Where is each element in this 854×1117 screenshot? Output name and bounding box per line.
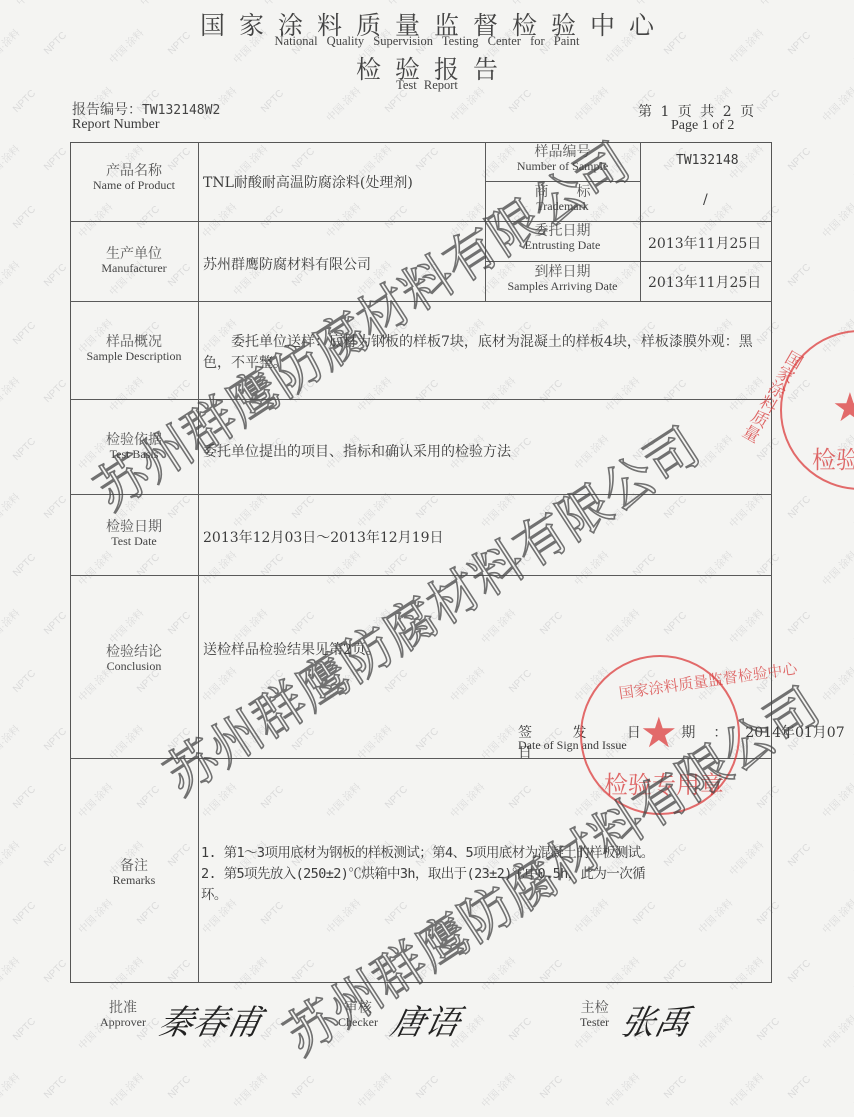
table-divider <box>198 142 199 983</box>
approver-label: 批准Approver <box>100 1000 146 1030</box>
remarks-label: 备注Remarks <box>70 858 198 888</box>
approver-signature: 秦春甫 <box>155 995 267 1044</box>
sample-number-value: TW132148 <box>676 153 739 168</box>
table-divider <box>485 261 772 262</box>
entrusting-date-value: 2013年11月25日 <box>648 233 761 253</box>
arriving-date-value: 2013年11月25日 <box>648 272 761 292</box>
page-indicator-en: Page 1 of 2 <box>671 118 734 134</box>
manufacturer-value: 苏州群鹰防腐材料有限公司 <box>203 254 371 274</box>
test-date-value: 2013年12月03日～2013年12月19日 <box>203 527 444 547</box>
report-number-value: TW132148W2 <box>142 103 220 118</box>
product-name-value: TNL耐酸耐高温防腐涂料(处理剂) <box>203 172 413 192</box>
conclusion-label: 检验结论Conclusion <box>70 644 198 674</box>
table-divider <box>70 221 772 222</box>
report-number-label-en: Report Number <box>72 117 159 133</box>
test-date-label: 检验日期Test Date <box>70 519 198 549</box>
tester-label: 主检Tester <box>580 1000 609 1030</box>
test-basis-value: 委托单位提出的项目、指标和确认采用的检验方法 <box>203 441 511 461</box>
report-title-en: Test Report <box>0 78 854 93</box>
edge-seal-star-icon: ★ <box>832 385 854 431</box>
manufacturer-label: 生产单位Manufacturer <box>70 246 198 276</box>
remarks-line: 1. 第1～3项用底材为钢板的样板测试；第4、5项用底材为混凝土的样板测试。 <box>201 843 771 864</box>
edge-seal-center-text: 检验 <box>812 440 854 475</box>
sample-description-label: 样品概况Sample Description <box>70 334 198 364</box>
report-number-label: 报告编号： <box>72 102 142 118</box>
product-name-label: 产品名称Name of Product <box>70 163 198 193</box>
trademark-value: / <box>703 192 708 208</box>
tester-signature: 张禹 <box>617 995 695 1044</box>
org-name-en: National Quality Supervision Testing Cen… <box>0 34 854 49</box>
report-number: 报告编号：TW132148W2 <box>72 99 220 119</box>
